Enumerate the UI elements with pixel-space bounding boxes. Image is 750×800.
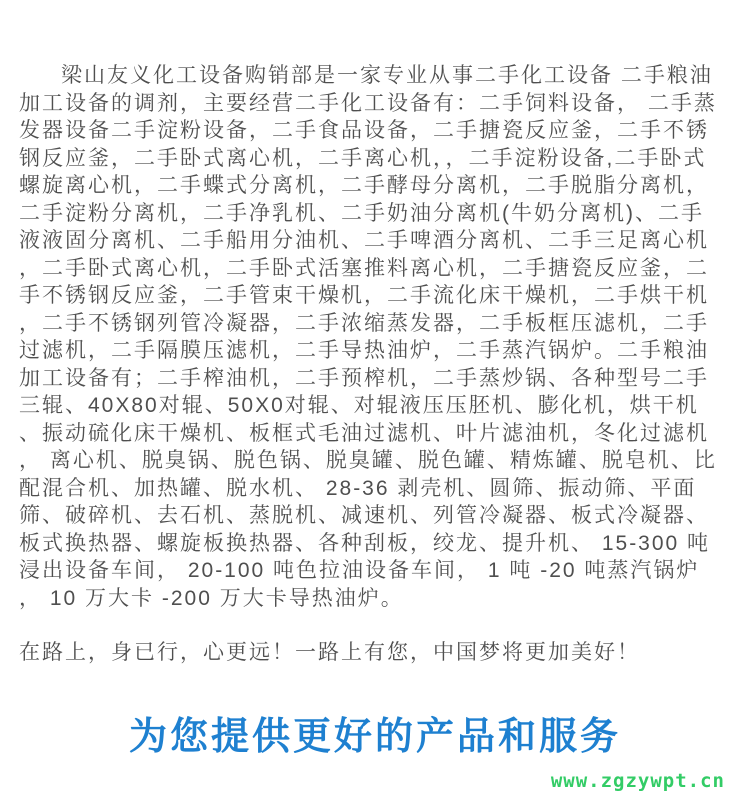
intro-line: 加工设备的调剂，主要经营二手化工设备有：二手饲料设备， 二手蒸 <box>19 90 742 118</box>
intro-line: 手不锈钢反应釜，二手管束干燥机，二手流化床干燥机，二手烘干机 <box>19 282 742 310</box>
intro-line: 浸出设备车间， 20-100 吨色拉油设备车间， 1 吨 -20 吨蒸汽锅炉 <box>19 557 742 585</box>
service-banner: 为您提供更好的产品和服务 <box>0 715 750 759</box>
intro-line: ， 离心机、脱臭锅、脱色锅、脱臭罐、脱色罐、精炼罐、脱皂机、比 <box>19 447 742 475</box>
intro-line: ， 10 万大卡 -200 万大卡导热油炉。 <box>19 585 742 613</box>
intro-line: 、振动硫化床干燥机、板框式毛油过滤机、叶片滤油机，冬化过滤机 <box>19 420 742 448</box>
intro-line: 二手淀粉分离机，二手净乳机、二手奶油分离机(牛奶分离机)、二手 <box>19 200 742 228</box>
intro-line: 梁山友义化工设备购销部是一家专业从事二手化工设备 二手粮油 <box>19 62 742 90</box>
intro-line: 发器设备二手淀粉设备，二手食品设备，二手搪瓷反应釜，二手不锈 <box>19 117 742 145</box>
intro-line: 配混合机、加热罐、脱水机、 28-36 剥壳机、圆筛、振动筛、平面 <box>19 475 742 503</box>
intro-line: 螺旋离心机，二手蝶式分离机，二手酵母分离机，二手脱脂分离机， <box>19 172 742 200</box>
slogan-text: 在路上，身已行，心更远！一路上有您，中国梦将更加美好！ <box>19 639 742 667</box>
company-intro: 梁山友义化工设备购销部是一家专业从事二手化工设备 二手粮油 加工设备的调剂，主要… <box>0 0 750 612</box>
intro-line: 加工设备有；二手榨油机，二手预榨机，二手蒸炒锅、各种型号二手 <box>19 365 742 393</box>
intro-line: ，二手不锈钢列管冷凝器，二手浓缩蒸发器，二手板框压滤机，二手 <box>19 310 742 338</box>
intro-line: 钢反应釜，二手卧式离心机，二手离心机，，二手淀粉设备,二手卧式 <box>19 145 742 173</box>
intro-line: 三辊、40X80对辊、50X0对辊、对辊液压压胚机、膨化机，烘干机 <box>19 392 742 420</box>
intro-line: 板式换热器、螺旋板换热器、各种刮板，绞龙、提升机、 15-300 吨 <box>19 530 742 558</box>
page: 梁山友义化工设备购销部是一家专业从事二手化工设备 二手粮油 加工设备的调剂，主要… <box>0 0 750 800</box>
website-url: www.zgzywpt.cn <box>0 769 725 793</box>
intro-line: 过滤机，二手隔膜压滤机，二手导热油炉，二手蒸汽锅炉。二手粮油 <box>19 337 742 365</box>
intro-line: 筛、破碎机、去石机、蒸脱机、减速机、列管冷凝器、板式冷凝器、 <box>19 502 742 530</box>
intro-line: ，二手卧式离心机，二手卧式活塞推料离心机，二手搪瓷反应釜，二 <box>19 255 742 283</box>
intro-line: 液液固分离机、二手船用分油机、二手啤酒分离机、二手三足离心机 <box>19 227 742 255</box>
